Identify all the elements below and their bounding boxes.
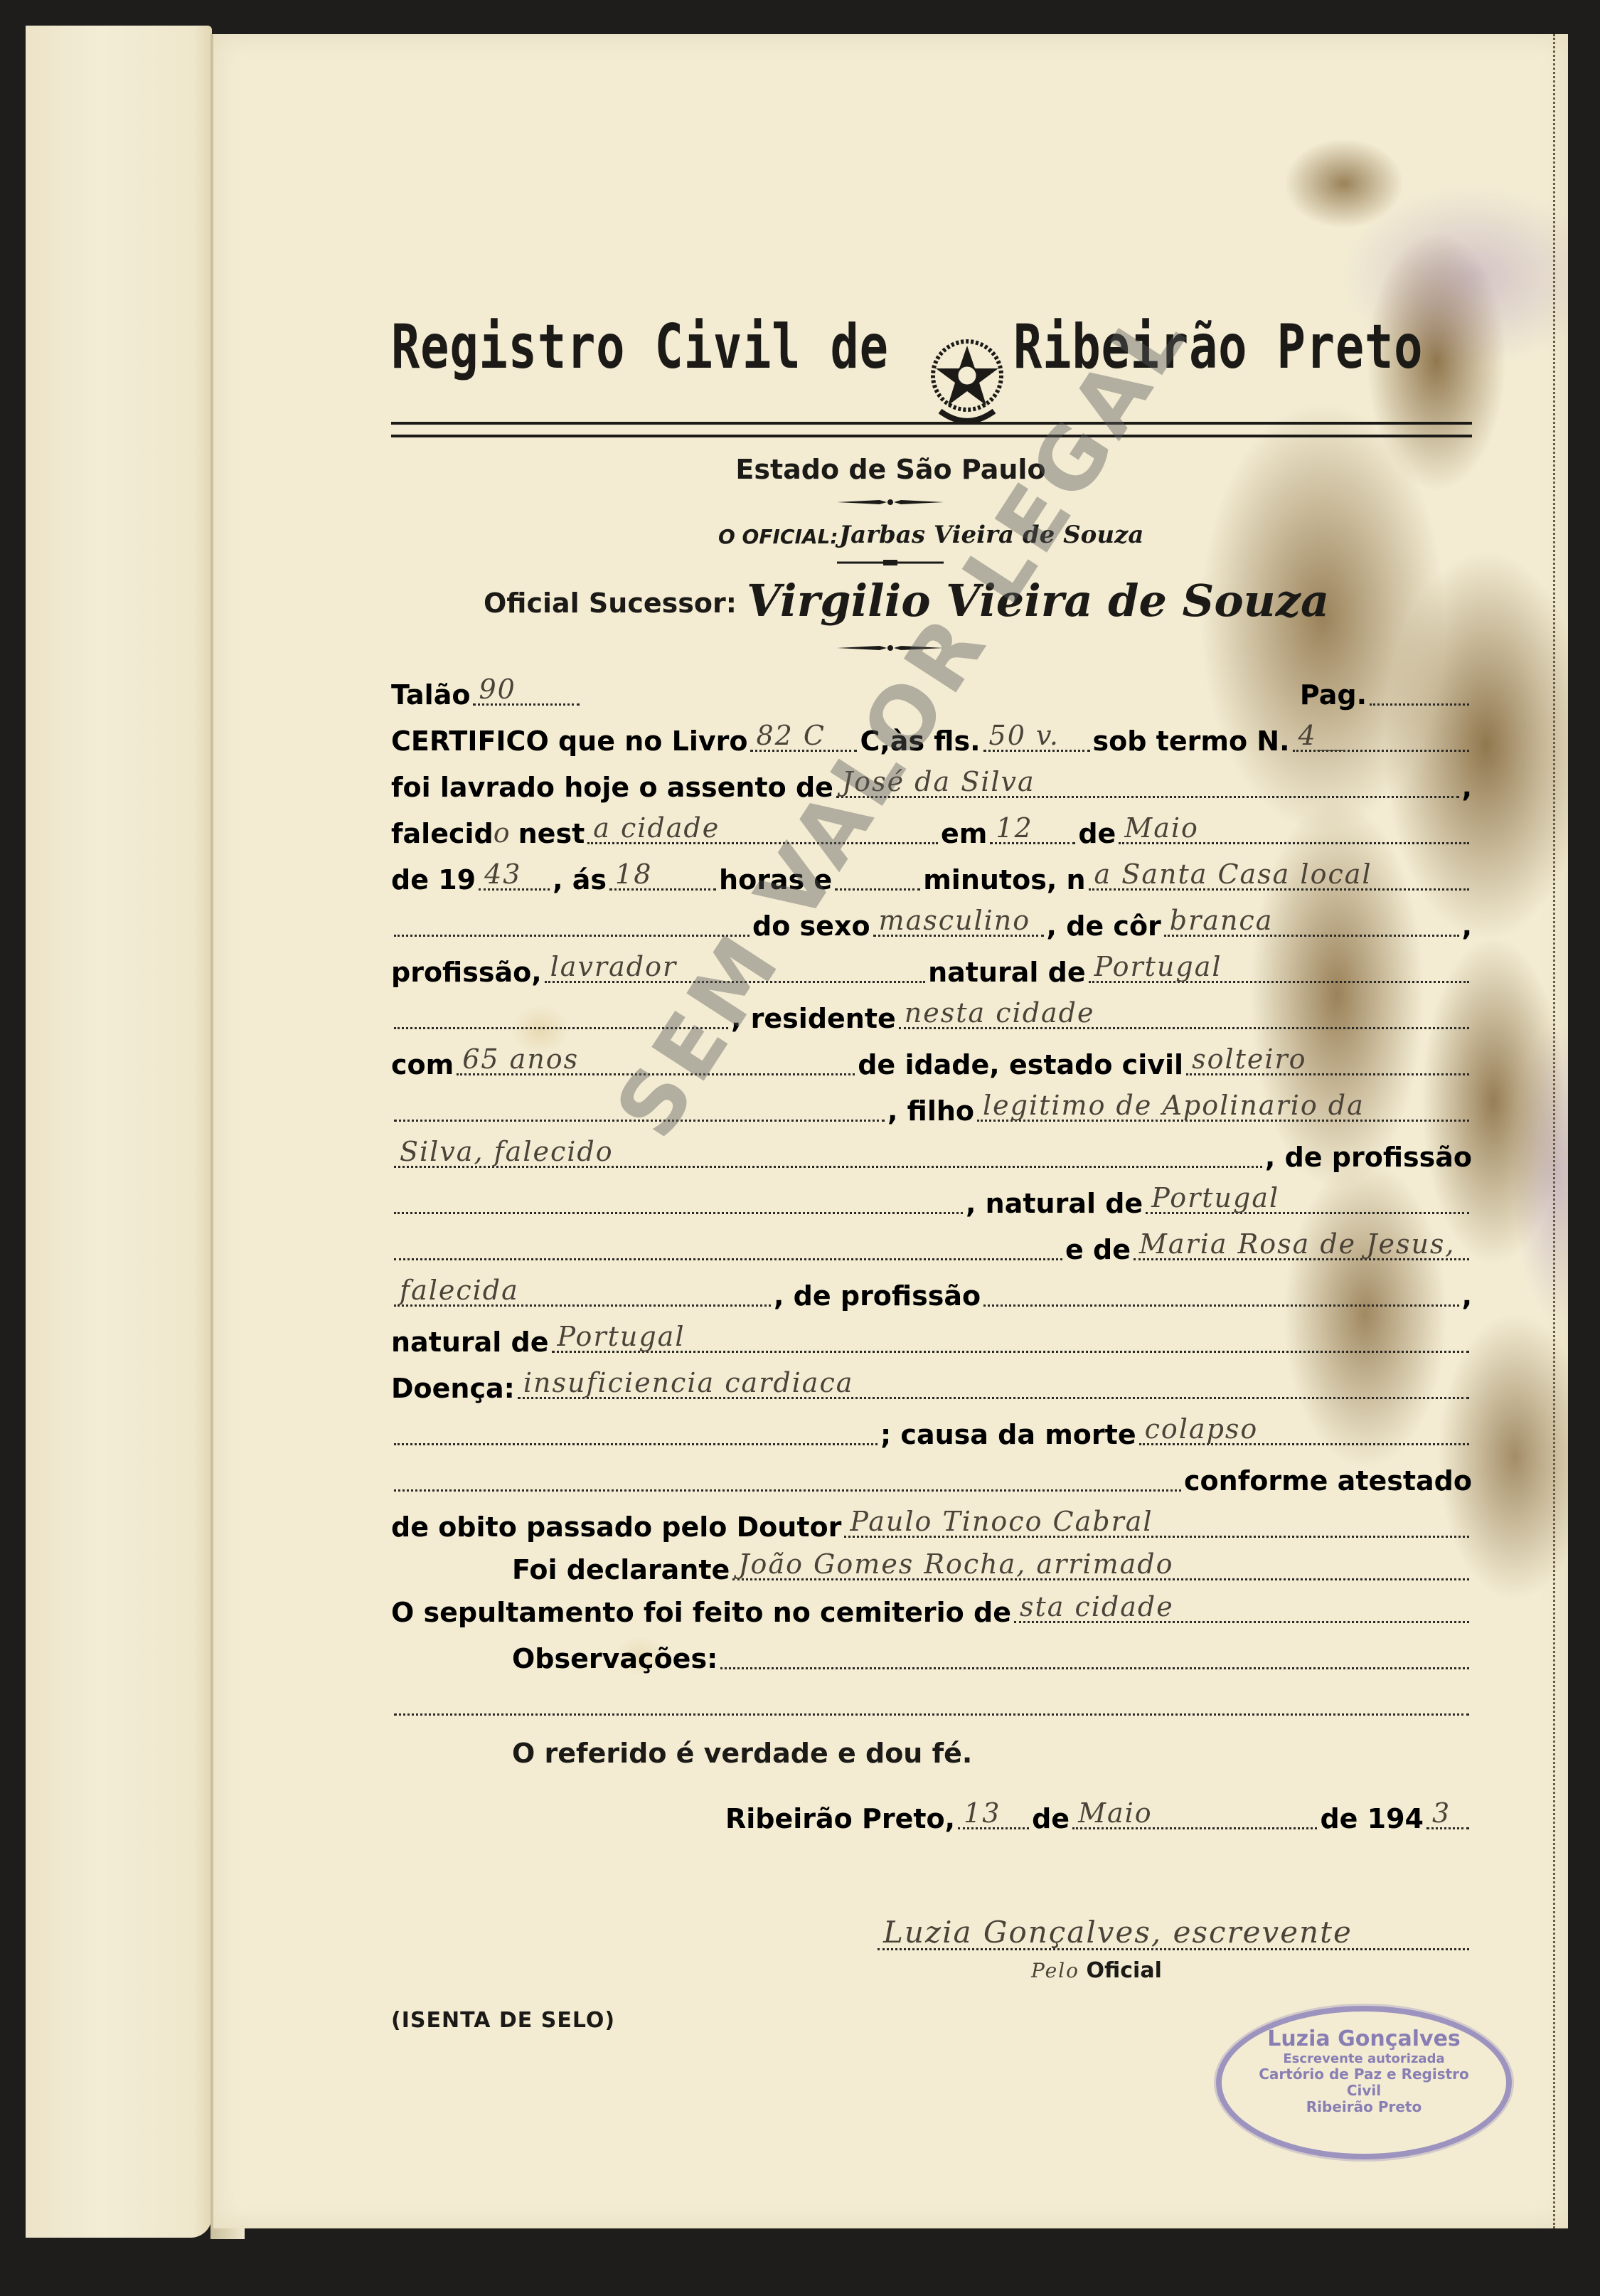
sepultamento-field: sta cidade bbox=[1014, 1593, 1469, 1623]
isenta-de-selo: (ISENTA DE SELO) bbox=[391, 2008, 615, 2033]
natural-field: Portugal bbox=[1089, 952, 1469, 983]
row-assento: foi lavrado hoje o assento de José da Si… bbox=[391, 760, 1472, 802]
pai-natural-field: Portugal bbox=[1146, 1184, 1469, 1214]
row-sexo-cor: do sexo masculino , de côr branca , bbox=[391, 898, 1472, 941]
talao-field: 90 bbox=[473, 675, 580, 706]
declarante-field: João Gomes Rocha, arrimado bbox=[732, 1550, 1469, 1580]
residente-field: nesta cidade bbox=[899, 999, 1469, 1029]
deceased-name: José da Silva bbox=[836, 766, 1035, 797]
talao-value: 90 bbox=[473, 674, 516, 705]
folded-left-leaf bbox=[26, 26, 212, 2238]
pag-label: Pag. bbox=[1300, 681, 1367, 710]
row-conforme: conforme atestado bbox=[391, 1453, 1472, 1496]
horas-field: 18 bbox=[609, 860, 716, 891]
row-certifico: CERTIFICO que no Livro 82 C C,às fls. 50… bbox=[391, 713, 1472, 756]
row-idade: com 65 anos de idade, estado civil solte… bbox=[391, 1037, 1472, 1080]
assento-field: José da Silva bbox=[836, 767, 1459, 798]
row-observacoes-cont bbox=[391, 1677, 1472, 1720]
row-declarante: Foi declarante João Gomes Rocha, arrimad… bbox=[512, 1542, 1472, 1585]
doutor-field: Paulo Tinoco Cabral bbox=[844, 1507, 1469, 1538]
signature-line: Luzia Gonçalves, escrevente bbox=[878, 1920, 1469, 1950]
data-ano-field: 3 bbox=[1426, 1799, 1469, 1829]
brazil-coat-of-arms-icon bbox=[924, 333, 1010, 432]
termo-label: sob termo N. bbox=[1093, 728, 1290, 756]
data-mes-field: Maio bbox=[1072, 1799, 1317, 1829]
ornament-divider-icon bbox=[837, 496, 944, 508]
verdade-statement: O referido é verdade e dou fé. bbox=[512, 1738, 972, 1769]
observacoes-field bbox=[720, 1639, 1469, 1669]
row-profissao: profissão, lavrador natural de Portugal bbox=[391, 945, 1472, 987]
idade-field: 65 anos bbox=[457, 1045, 855, 1075]
death-certificate-page: Registro Civil de Ribeirão Preto Estado … bbox=[213, 34, 1568, 2228]
cor-field: branca bbox=[1164, 906, 1459, 937]
mae-cont-field: falecida bbox=[394, 1276, 771, 1307]
fls-label: C,às fls. bbox=[860, 728, 980, 756]
signature-label: Oficial bbox=[1087, 1958, 1162, 1983]
row-pai-profissao: Silva, falecido , de profissão bbox=[391, 1130, 1472, 1172]
doenca-field: insuficiencia cardiaca bbox=[518, 1368, 1469, 1399]
sexo-field: masculino bbox=[873, 906, 1044, 937]
row-falecido: falecid o nest a cidade em 12 de Maio bbox=[391, 806, 1472, 849]
causa-field: colapso bbox=[1139, 1415, 1469, 1445]
ano-field: 43 bbox=[479, 860, 550, 891]
mae-natural-field: Portugal bbox=[552, 1322, 1469, 1353]
pai-cont-field: Silva, falecido bbox=[394, 1137, 1262, 1168]
registry-title-left: Registro Civil de bbox=[391, 312, 889, 383]
row-doenca: Doença: insuficiencia cardiaca bbox=[391, 1361, 1472, 1403]
livro-field: 82 C bbox=[750, 721, 857, 752]
pai-field: legitimo de Apolinario da bbox=[977, 1091, 1469, 1122]
notary-stamp: Luzia Gonçalves Escrevente autorizada Ca… bbox=[1216, 2006, 1512, 2159]
row-talao: Talão 90 Pag. bbox=[391, 667, 1472, 710]
certifico-label: CERTIFICO que no Livro bbox=[391, 728, 747, 756]
row-mae-natural: natural de Portugal bbox=[391, 1314, 1472, 1357]
local-field: a Santa Casa local bbox=[1089, 860, 1469, 891]
signature: Luzia Gonçalves, escrevente bbox=[878, 1915, 1353, 1950]
mae-field: Maria Rosa de Jesus, bbox=[1134, 1230, 1469, 1260]
perforated-edge bbox=[1553, 34, 1555, 2228]
ornament-divider-icon bbox=[837, 557, 944, 568]
header-double-rule bbox=[391, 422, 1472, 437]
row-ano-hora: de 19 43 , ás 18 horas e minutos, n a Sa… bbox=[391, 852, 1472, 895]
successor-name: Virgilio Vieira de Souza bbox=[747, 575, 1329, 627]
row-data: Ribeirão Preto, 13 de Maio de 194 3 bbox=[725, 1791, 1472, 1834]
talao-label: Talão bbox=[391, 681, 470, 710]
row-pai-natural: , natural de Portugal bbox=[391, 1176, 1472, 1218]
row-doutor: de obito passado pelo Doutor Paulo Tinoc… bbox=[391, 1499, 1472, 1542]
successor-label: Oficial Sucessor: bbox=[484, 588, 737, 619]
row-residente: , residente nesta cidade bbox=[391, 991, 1472, 1033]
official-name: Jarbas Vieira de Souza bbox=[839, 521, 1143, 549]
fls-field: 50 v. bbox=[983, 721, 1090, 752]
dia-field: 12 bbox=[990, 814, 1075, 844]
row-sepultamento: O sepultamento foi feito no cemiterio de… bbox=[391, 1585, 1472, 1627]
row-signature: Luzia Gonçalves, escrevente bbox=[875, 1912, 1472, 1955]
row-mae: e de Maria Rosa de Jesus, bbox=[391, 1222, 1472, 1265]
profissao-field: lavrador bbox=[545, 952, 925, 983]
mes-field: Maio bbox=[1119, 814, 1469, 844]
row-filho: , filho legitimo de Apolinario da bbox=[391, 1083, 1472, 1126]
registry-title-right: Ribeirão Preto bbox=[1013, 312, 1423, 383]
estado-civil-field: solteiro bbox=[1186, 1045, 1469, 1075]
assento-label: foi lavrado hoje o assento de bbox=[391, 774, 833, 802]
row-mae-profissao: falecida , de profissão , bbox=[391, 1268, 1472, 1311]
data-dia-field: 13 bbox=[958, 1799, 1029, 1829]
termo-field: 4__ bbox=[1293, 721, 1469, 752]
local-falecimento-field: a cidade bbox=[587, 814, 938, 844]
falecido-label: falecid bbox=[391, 820, 494, 849]
official-label: O OFICIAL: bbox=[718, 525, 838, 548]
pag-field bbox=[1370, 675, 1469, 706]
minutos-field bbox=[835, 860, 920, 891]
row-causa: ; causa da morte colapso bbox=[391, 1407, 1472, 1450]
row-observacoes: Observações: bbox=[512, 1631, 1472, 1674]
state-name: Estado de São Paulo bbox=[213, 454, 1568, 485]
ornament-divider-icon bbox=[837, 642, 944, 654]
